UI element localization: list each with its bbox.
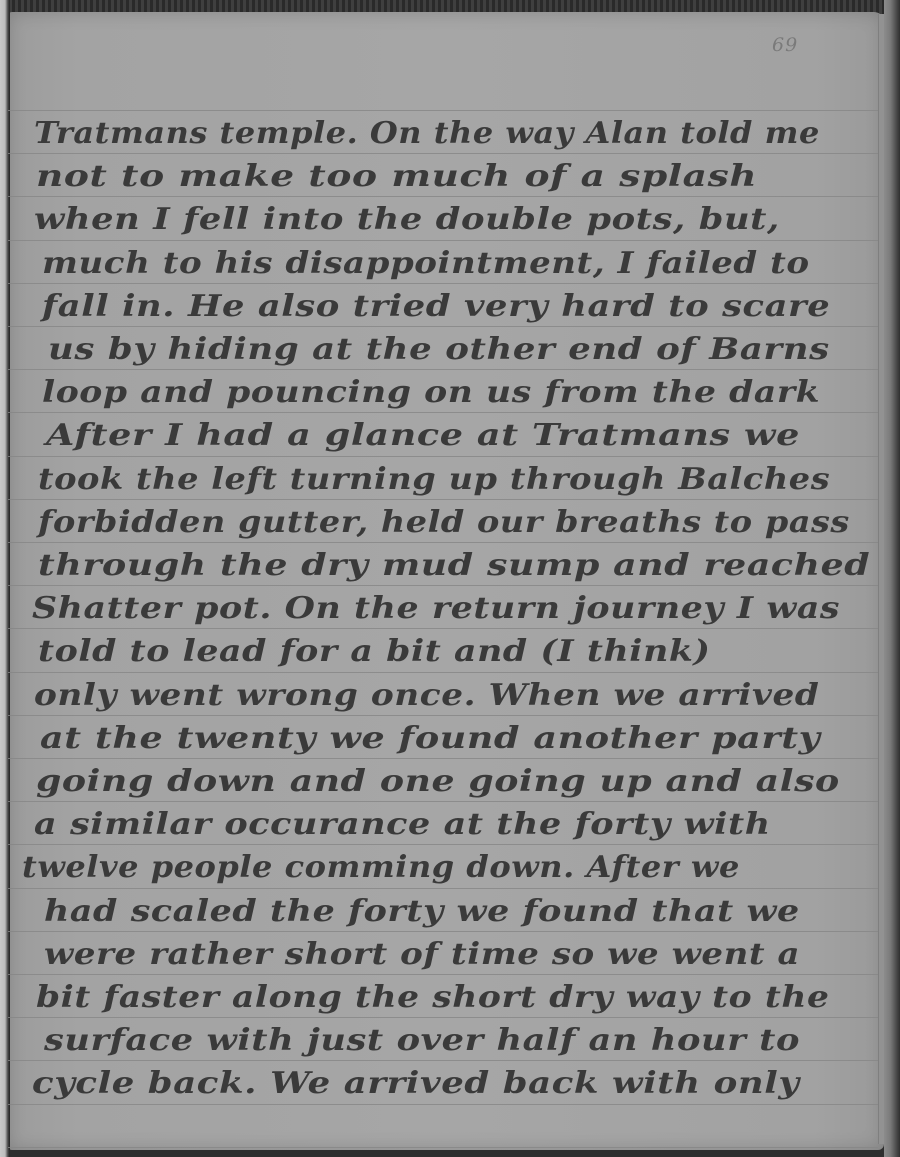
handwritten-line: were rather short of time so we went a (44, 933, 800, 976)
handwritten-line: After I had a glance at Tratmans we (46, 414, 800, 457)
handwritten-line: loop and pouncing on us from the dark (42, 371, 820, 414)
notebook-right-edge (884, 0, 900, 1157)
handwritten-line: surface with just over half an hour to (44, 1019, 800, 1062)
handwritten-line: through the dry mud sump and reached (38, 544, 870, 587)
handwritten-line: Shatter pot. On the return journey I was (32, 587, 840, 630)
handwritten-line: only went wrong once. When we arrived (34, 674, 819, 717)
handwritten-line: a similar occurance at the forty with (34, 803, 771, 846)
handwritten-line: cycle back. We arrived back with only (32, 1062, 800, 1105)
handwritten-line: bit faster along the short dry way to th… (36, 976, 829, 1019)
handwritten-line: Tratmans temple. On the way Alan told me (34, 112, 820, 155)
notebook-binding-edge (0, 0, 10, 1157)
ruled-line (8, 110, 878, 111)
ruled-line (8, 1147, 878, 1148)
handwritten-line: much to his disappointment, I failed to (42, 242, 810, 285)
handwritten-line: when I fell into the double pots, but, (34, 198, 780, 241)
handwritten-line: at the twenty we found another party (40, 717, 820, 760)
page-number: 69 (772, 34, 798, 56)
handwritten-line: forbidden gutter, held our breaths to pa… (38, 501, 850, 544)
handwritten-line: twelve people comming down. After we (22, 846, 740, 889)
handwritten-line: told to lead for a bit and (I think) (38, 630, 711, 673)
handwritten-line: going down and one going up and also (36, 760, 840, 803)
handwritten-line: took the left turning up through Balches (38, 458, 830, 501)
handwritten-line: had scaled the forty we found that we (44, 890, 800, 933)
scanned-notebook-page: 69 Tratmans temple. On the way Alan told… (0, 0, 900, 1157)
handwritten-line: us by hiding at the other end of Barns (48, 328, 830, 371)
handwritten-line: fall in. He also tried very hard to scar… (42, 285, 830, 328)
handwritten-line: not to make too much of a splash (36, 155, 757, 198)
